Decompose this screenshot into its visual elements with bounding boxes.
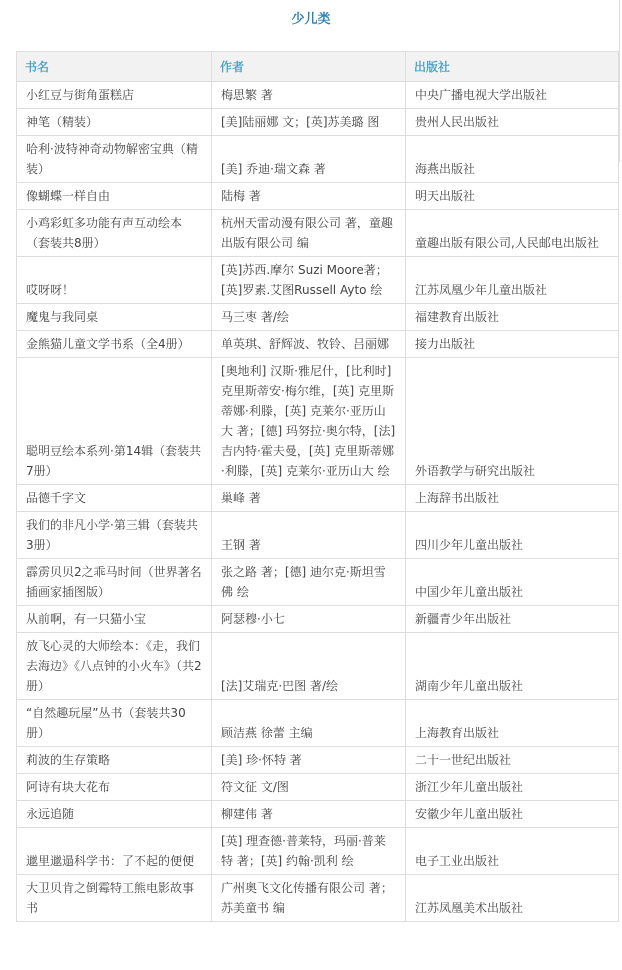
book-title-cell: 像蝴蝶一样自由 [17, 183, 212, 210]
author-cell: [美]陆丽娜 文；[英]苏美璐 图 [212, 109, 406, 136]
table-row: 小红豆与街角蛋糕店梅思繁 著中央广播电视大学出版社 [17, 82, 619, 109]
author-cell: [美] 乔迪·瑞文森 著 [212, 136, 406, 183]
table-row: 大卫贝肯之倒霉特工熊电影故事书广州奥飞文化传播有限公司 著；苏美童书 编江苏凤凰… [17, 875, 619, 922]
table-row: 放飞心灵的大师绘本：《走，我们去海边》《八点钟的小火车》（共2册）[法]艾瑞克·… [17, 633, 619, 700]
author-cell: 符文征 文/图 [212, 774, 406, 801]
book-title-cell: 从前啊，有一只猫小宝 [17, 606, 212, 633]
author-cell: 陆梅 著 [212, 183, 406, 210]
author-cell: 阿瑟穆·小七 [212, 606, 406, 633]
column-header-author: 作者 [212, 52, 406, 82]
publisher-cell: 江苏凤凰美术出版社 [406, 875, 619, 922]
publisher-cell: 上海教育出版社 [406, 700, 619, 747]
author-cell: 张之路 著；[德] 迪尔克·斯坦雪佛 绘 [212, 559, 406, 606]
publisher-cell: 浙江少年儿童出版社 [406, 774, 619, 801]
publisher-cell: 安徽少年儿童出版社 [406, 801, 619, 828]
table-row: 哈利·波特神奇动物解密宝典（精装）[美] 乔迪·瑞文森 著海燕出版社 [17, 136, 619, 183]
book-title-cell: 小红豆与街角蛋糕店 [17, 82, 212, 109]
table-row: “自然趣玩屋”丛书（套装共30册）顾洁燕 徐蕾 主编上海教育出版社 [17, 700, 619, 747]
author-cell: 广州奥飞文化传播有限公司 著；苏美童书 编 [212, 875, 406, 922]
book-title-cell: 永远追随 [17, 801, 212, 828]
author-cell: [英]苏西.摩尔 Suzi Moore著；[英]罗素.艾图Russell Ayt… [212, 257, 406, 304]
table-row: 永远追随柳建伟 著安徽少年儿童出版社 [17, 801, 619, 828]
column-header-publisher: 出版社 [406, 52, 619, 82]
table-row: 邋里邋遢科学书：了不起的便便[英] 理查德·普莱特，玛丽·普莱特 著；[英] 约… [17, 828, 619, 875]
publisher-cell: 二十一世纪出版社 [406, 747, 619, 774]
publisher-cell: 贵州人民出版社 [406, 109, 619, 136]
author-cell: [法]艾瑞克·巴图 著/绘 [212, 633, 406, 700]
book-title-cell: 放飞心灵的大师绘本：《走，我们去海边》《八点钟的小火车》（共2册） [17, 633, 212, 700]
author-cell: 巢峰 著 [212, 485, 406, 512]
book-title-cell: 聪明豆绘本系列·第14辑（套装共7册） [17, 358, 212, 485]
book-title-cell: 我们的非凡小学·第三辑（套装共3册） [17, 512, 212, 559]
author-cell: 杭州天雷动漫有限公司 著，童趣出版有限公司 编 [212, 210, 406, 257]
table-row: 阿诗有块大花布符文征 文/图浙江少年儿童出版社 [17, 774, 619, 801]
author-cell: 马三枣 著/绘 [212, 304, 406, 331]
table-header-row: 书名 作者 出版社 [17, 52, 619, 82]
author-cell: 单英琪、舒辉波、牧铃、吕丽娜 [212, 331, 406, 358]
publisher-cell: 童趣出版有限公司,人民邮电出版社 [406, 210, 619, 257]
column-header-title: 书名 [17, 52, 212, 82]
table-row: 魔鬼与我同桌马三枣 著/绘福建教育出版社 [17, 304, 619, 331]
table-row: 神笔（精装）[美]陆丽娜 文；[英]苏美璐 图贵州人民出版社 [17, 109, 619, 136]
book-title-cell: 大卫贝肯之倒霉特工熊电影故事书 [17, 875, 212, 922]
publisher-cell: 中央广播电视大学出版社 [406, 82, 619, 109]
author-cell: 王钢 著 [212, 512, 406, 559]
book-title-cell: 哎呀呀！ [17, 257, 212, 304]
book-title-cell: 莉波的生存策略 [17, 747, 212, 774]
author-cell: 顾洁燕 徐蕾 主编 [212, 700, 406, 747]
table-row: 哎呀呀！[英]苏西.摩尔 Suzi Moore著；[英]罗素.艾图Russell… [17, 257, 619, 304]
publisher-cell: 接力出版社 [406, 331, 619, 358]
book-title-cell: 魔鬼与我同桌 [17, 304, 212, 331]
book-title-cell: 小鸡彩虹多功能有声互动绘本（套装共8册） [17, 210, 212, 257]
table-row: 霹雳贝贝2之乖马时间（世界著名插画家插图版）张之路 著；[德] 迪尔克·斯坦雪佛… [17, 559, 619, 606]
book-title-cell: “自然趣玩屋”丛书（套装共30册） [17, 700, 212, 747]
divider [619, 0, 620, 162]
table-row: 从前啊，有一只猫小宝阿瑟穆·小七新疆青少年出版社 [17, 606, 619, 633]
table-row: 小鸡彩虹多功能有声互动绘本（套装共8册）杭州天雷动漫有限公司 著，童趣出版有限公… [17, 210, 619, 257]
publisher-cell: 四川少年儿童出版社 [406, 512, 619, 559]
table-row: 像蝴蝶一样自由陆梅 著明天出版社 [17, 183, 619, 210]
publisher-cell: 外语教学与研究出版社 [406, 358, 619, 485]
publisher-cell: 电子工业出版社 [406, 828, 619, 875]
publisher-cell: 江苏凤凰少年儿童出版社 [406, 257, 619, 304]
book-title-cell: 金熊猫儿童文学书系（全4册） [17, 331, 212, 358]
book-title-cell: 邋里邋遢科学书：了不起的便便 [17, 828, 212, 875]
book-title-cell: 霹雳贝贝2之乖马时间（世界著名插画家插图版） [17, 559, 212, 606]
publisher-cell: 湖南少年儿童出版社 [406, 633, 619, 700]
book-title-cell: 哈利·波特神奇动物解密宝典（精装） [17, 136, 212, 183]
author-cell: [奥地利] 汉斯·雅尼什，[比利时] 克里斯蒂安·梅尔维，[英] 克里斯蒂娜·利… [212, 358, 406, 485]
table-row: 品德千字文巢峰 著上海辞书出版社 [17, 485, 619, 512]
page-title: 少儿类 [0, 11, 622, 29]
book-list-table: 书名 作者 出版社 小红豆与街角蛋糕店梅思繁 著中央广播电视大学出版社神笔（精装… [16, 51, 619, 922]
table-row: 聪明豆绘本系列·第14辑（套装共7册）[奥地利] 汉斯·雅尼什，[比利时] 克里… [17, 358, 619, 485]
author-cell: 柳建伟 著 [212, 801, 406, 828]
publisher-cell: 海燕出版社 [406, 136, 619, 183]
publisher-cell: 新疆青少年出版社 [406, 606, 619, 633]
book-title-cell: 阿诗有块大花布 [17, 774, 212, 801]
publisher-cell: 上海辞书出版社 [406, 485, 619, 512]
author-cell: [美] 珍·怀特 著 [212, 747, 406, 774]
book-title-cell: 神笔（精装） [17, 109, 212, 136]
book-title-cell: 品德千字文 [17, 485, 212, 512]
author-cell: [英] 理查德·普莱特，玛丽·普莱特 著；[英] 约翰·凯利 绘 [212, 828, 406, 875]
publisher-cell: 明天出版社 [406, 183, 619, 210]
author-cell: 梅思繁 著 [212, 82, 406, 109]
table-row: 我们的非凡小学·第三辑（套装共3册）王钢 著四川少年儿童出版社 [17, 512, 619, 559]
table-row: 金熊猫儿童文学书系（全4册）单英琪、舒辉波、牧铃、吕丽娜接力出版社 [17, 331, 619, 358]
table-row: 莉波的生存策略[美] 珍·怀特 著二十一世纪出版社 [17, 747, 619, 774]
publisher-cell: 福建教育出版社 [406, 304, 619, 331]
publisher-cell: 中国少年儿童出版社 [406, 559, 619, 606]
